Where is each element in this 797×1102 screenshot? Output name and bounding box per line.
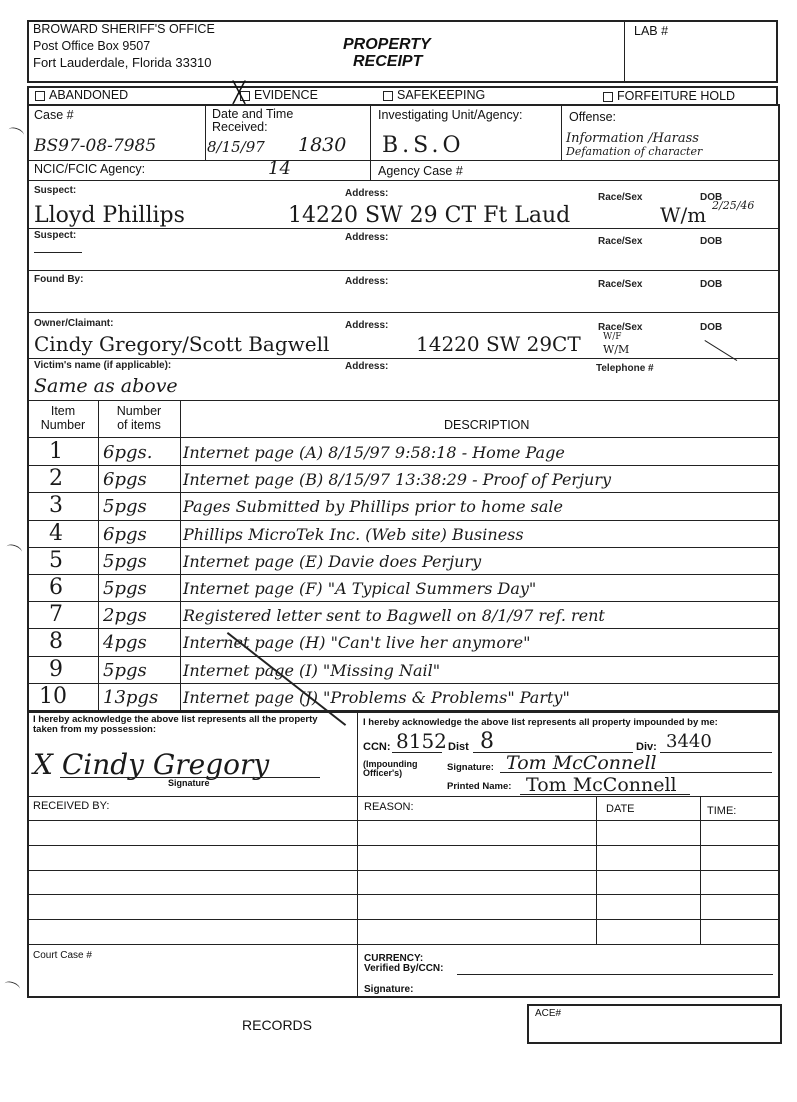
case-number-value[interactable]: BS97-08-7985 xyxy=(34,136,156,156)
item-number[interactable]: 3 xyxy=(49,493,63,518)
owner-label: Owner/Claimant: xyxy=(34,318,113,329)
found-by-race-sex-label: Race/Sex xyxy=(598,279,642,290)
currency-signature-label: Signature: xyxy=(364,984,413,995)
item-description[interactable]: Internet page (E) Davie does Perjury xyxy=(183,552,481,571)
verified-by-label: Verified By/CCN: xyxy=(364,963,443,974)
table-row: 46pgsPhillips MicroTek Inc. (Web site) B… xyxy=(27,523,780,550)
currency-signature-field[interactable] xyxy=(425,982,775,996)
victim-telephone-label: Telephone # xyxy=(596,363,654,374)
checkbox-abandoned[interactable]: ABANDONED xyxy=(35,88,128,102)
divider xyxy=(27,312,780,313)
lab-number-field[interactable] xyxy=(634,45,774,75)
custody-row xyxy=(27,820,780,845)
ccn-value[interactable]: 8152 xyxy=(396,729,447,753)
received-by-header: RECEIVED BY: xyxy=(33,800,109,812)
suspect1-label: Suspect: xyxy=(34,185,76,196)
item-count[interactable]: 5pgs xyxy=(103,551,147,572)
owner-race-sex-line2[interactable]: W/M xyxy=(603,343,629,356)
reason-cell[interactable] xyxy=(363,850,593,866)
received-by-cell[interactable] xyxy=(33,850,353,866)
found-by-label: Found By: xyxy=(34,274,83,285)
divider xyxy=(370,104,371,180)
printed-name-label: Printed Name: xyxy=(447,781,511,792)
ace-field[interactable] xyxy=(535,1020,775,1040)
reason-cell[interactable] xyxy=(363,825,593,841)
org-address-line2: Fort Lauderdale, Florida 33310 xyxy=(33,55,212,70)
divider xyxy=(561,104,562,160)
row-underline xyxy=(27,601,780,602)
checkbox-safekeeping[interactable]: SAFEKEEPING xyxy=(383,88,485,102)
offense-value-line1[interactable]: Information /Harass xyxy=(566,131,699,146)
divider xyxy=(27,437,780,438)
time-cell[interactable] xyxy=(705,899,775,915)
time-cell[interactable] xyxy=(705,825,775,841)
row-underline xyxy=(27,683,780,684)
item-description[interactable]: Internet page (J) "Problems & Problems" … xyxy=(183,688,570,707)
court-case-label: Court Case # xyxy=(33,950,92,961)
col-header-item-number: ItemNumber xyxy=(30,404,96,432)
investigating-unit-label: Investigating Unit/Agency: xyxy=(378,108,523,122)
owner-dob-label: DOB xyxy=(700,322,722,333)
item-description[interactable]: Internet page (I) "Missing Nail" xyxy=(183,661,440,680)
received-by-cell[interactable] xyxy=(33,924,353,940)
suspect1-name[interactable]: Lloyd Phillips xyxy=(34,203,185,228)
org-name: BROWARD SHERIFF'S OFFICE xyxy=(33,22,215,36)
item-description[interactable]: Internet page (F) "A Typical Summers Day… xyxy=(183,579,536,598)
received-by-cell[interactable] xyxy=(33,825,353,841)
reason-cell[interactable] xyxy=(363,924,593,940)
divider xyxy=(27,160,780,161)
margin-pen-mark xyxy=(5,543,23,557)
custody-row xyxy=(27,894,780,919)
row-underline xyxy=(27,520,780,521)
item-count[interactable]: 5pgs xyxy=(103,496,147,517)
header-divider xyxy=(624,20,625,83)
item-number[interactable]: 7 xyxy=(49,602,63,627)
checkbox-forfeiture-hold[interactable]: FORFEITURE HOLD xyxy=(603,89,735,103)
row-underline xyxy=(27,628,780,629)
records-label: RECORDS xyxy=(242,1017,312,1033)
received-by-cell[interactable] xyxy=(33,899,353,915)
table-row: 16pgs.Internet page (A) 8/15/97 9:58:18 … xyxy=(27,441,780,468)
item-description[interactable]: Phillips MicroTek Inc. (Web site) Busine… xyxy=(183,525,524,544)
table-row: 55pgsInternet page (E) Davie does Perjur… xyxy=(27,550,780,577)
divider xyxy=(27,796,780,797)
ccn-line xyxy=(392,752,442,753)
impounding-label: (ImpoundingOfficer's) xyxy=(363,760,417,778)
table-row: 95pgsInternet page (I) "Missing Nail" xyxy=(27,659,780,686)
checkbox-icon xyxy=(383,91,393,101)
date-cell[interactable] xyxy=(601,825,697,841)
date-received-value[interactable]: 8/15/97 xyxy=(207,138,265,156)
offense-value-line2[interactable]: Defamation of character xyxy=(566,145,702,158)
custody-row xyxy=(27,870,780,895)
time-cell[interactable] xyxy=(705,850,775,866)
checkbox-icon xyxy=(35,91,45,101)
col-header-description: DESCRIPTION xyxy=(444,418,529,432)
row-underline xyxy=(27,492,780,493)
owner-address[interactable]: 14220 SW 29CT xyxy=(416,332,581,356)
divider xyxy=(205,104,206,160)
court-case-field[interactable] xyxy=(33,965,351,993)
table-row: 35pgsPages Submitted by Phillips prior t… xyxy=(27,495,780,522)
item-number[interactable]: 9 xyxy=(49,657,63,682)
time-header: TIME: xyxy=(707,805,736,817)
suspect1-address-label: Address: xyxy=(345,188,388,199)
table-row: 65pgsInternet page (F) "A Typical Summer… xyxy=(27,577,780,604)
divider xyxy=(27,711,780,713)
ccn-label: CCN: xyxy=(363,741,391,753)
item-number[interactable]: 2 xyxy=(49,466,63,491)
victim-name[interactable]: Same as above xyxy=(34,375,178,397)
suspect2-race-sex-label: Race/Sex xyxy=(598,236,642,247)
owner-signature-label: Signature xyxy=(168,778,210,788)
divider xyxy=(27,358,780,359)
item-count[interactable]: 6pgs xyxy=(103,469,147,490)
dist-label: Dist xyxy=(448,741,469,753)
row-underline xyxy=(27,656,780,657)
received-by-cell[interactable] xyxy=(33,875,353,891)
item-number[interactable]: 8 xyxy=(49,629,63,654)
item-count[interactable]: 13pgs xyxy=(103,687,158,708)
margin-pen-mark xyxy=(7,126,25,140)
table-row: 72pgsRegistered letter sent to Bagwell o… xyxy=(27,604,780,631)
date-cell[interactable] xyxy=(601,899,697,915)
suspect1-race-sex[interactable]: W/m xyxy=(660,203,706,227)
item-description[interactable]: Internet page (B) 8/15/97 13:38:29 - Pro… xyxy=(183,470,611,489)
suspect2-address-label: Address: xyxy=(345,232,388,243)
ncic-agency-value[interactable]: 14 xyxy=(268,158,291,179)
officer-signature-line xyxy=(500,772,772,773)
item-description[interactable]: Pages Submitted by Phillips prior to hom… xyxy=(183,497,563,516)
checkbox-icon xyxy=(603,92,613,102)
date-cell[interactable] xyxy=(601,850,697,866)
suspect1-address[interactable]: 14220 SW 29 CT Ft Laud xyxy=(288,203,570,228)
owner-ack-text: I hereby acknowledge the above list repr… xyxy=(33,715,333,735)
owner-name[interactable]: Cindy Gregory/Scott Bagwell xyxy=(34,332,329,356)
reason-cell[interactable] xyxy=(363,875,593,891)
item-count[interactable]: 6pgs xyxy=(103,524,147,545)
divider xyxy=(27,944,780,945)
found-by-address-label: Address: xyxy=(345,276,388,287)
owner-address-label: Address: xyxy=(345,320,388,331)
date-time-label: Date and Time Received: xyxy=(212,108,322,134)
time-cell[interactable] xyxy=(705,924,775,940)
item-number[interactable]: 10 xyxy=(39,684,67,709)
form-title-line2: RECEIPT xyxy=(353,53,422,71)
date-cell[interactable] xyxy=(601,924,697,940)
suspect2-name-dash[interactable] xyxy=(34,252,82,253)
divider xyxy=(27,270,780,271)
table-row: 84pgsInternet page (H) "Can't live her a… xyxy=(27,631,780,658)
ncic-agency-label: NCIC/FCIC Agency: xyxy=(34,162,145,176)
item-count[interactable]: 6pgs. xyxy=(103,442,152,463)
custody-row xyxy=(27,845,780,870)
time-received-value[interactable]: 1830 xyxy=(298,134,346,156)
owner-race-sex-line1[interactable]: W/F xyxy=(603,332,622,342)
item-count[interactable]: 2pgs xyxy=(103,605,147,626)
item-count[interactable]: 4pgs xyxy=(103,632,147,653)
row-underline xyxy=(27,465,780,466)
verified-by-field[interactable] xyxy=(457,974,773,975)
item-description[interactable]: Registered letter sent to Bagwell on 8/1… xyxy=(183,606,605,625)
officer-signature-label: Signature: xyxy=(447,762,494,773)
item-count[interactable]: 5pgs xyxy=(103,578,147,599)
item-description[interactable]: Internet page (H) "Can't live her anymor… xyxy=(183,633,530,652)
item-number[interactable]: 1 xyxy=(49,439,63,464)
lab-number-label: LAB # xyxy=(634,24,668,38)
officer-signature-value[interactable]: Tom McConnell xyxy=(506,752,657,774)
offense-label: Offense: xyxy=(569,110,616,124)
item-number[interactable]: 4 xyxy=(49,521,63,546)
suspect1-race-sex-label: Race/Sex xyxy=(598,192,642,203)
officer-ack-text: I hereby acknowledge the above list repr… xyxy=(363,717,718,728)
found-by-dob-label: DOB xyxy=(700,279,722,290)
date-cell[interactable] xyxy=(601,875,697,891)
investigating-unit-value[interactable]: B.S.O xyxy=(382,133,464,158)
printed-name-line xyxy=(520,794,690,795)
org-address-line1: Post Office Box 9507 xyxy=(33,39,150,53)
suspect1-dob[interactable]: 2/25/46 xyxy=(712,199,754,212)
ace-label: ACE# xyxy=(535,1008,561,1019)
dist-value[interactable]: 8 xyxy=(480,729,494,754)
victim-address-label: Address: xyxy=(345,361,388,372)
table-row: 26pgsInternet page (B) 8/15/97 13:38:29 … xyxy=(27,468,780,495)
agency-case-label: Agency Case # xyxy=(378,164,463,178)
item-number[interactable]: 5 xyxy=(49,548,63,573)
divider xyxy=(27,228,780,229)
case-number-label: Case # xyxy=(34,108,74,122)
custody-row xyxy=(27,919,780,944)
reason-cell[interactable] xyxy=(363,899,593,915)
form-title-line1: PROPERTY xyxy=(343,36,431,54)
divider xyxy=(27,180,780,181)
checkbox-evidence[interactable]: ╳EVIDENCE xyxy=(240,88,318,102)
time-cell[interactable] xyxy=(705,875,775,891)
date-header: DATE xyxy=(606,803,635,815)
margin-pen-mark xyxy=(3,980,21,994)
col-header-number-of-items: Numberof items xyxy=(100,404,178,432)
suspect2-dob-label: DOB xyxy=(700,236,722,247)
reason-header: REASON: xyxy=(364,801,414,813)
row-underline xyxy=(27,574,780,575)
row-underline xyxy=(27,547,780,548)
item-description[interactable]: Internet page (A) 8/15/97 9:58:18 - Home… xyxy=(183,443,565,462)
item-count[interactable]: 5pgs xyxy=(103,660,147,681)
table-row: 1013pgsInternet page (J) "Problems & Pro… xyxy=(27,686,780,713)
printed-name-value[interactable]: Tom McConnell xyxy=(526,774,677,796)
checkbox-checked-icon: ╳ xyxy=(240,91,250,101)
item-number[interactable]: 6 xyxy=(49,575,63,600)
suspect2-label: Suspect: xyxy=(34,230,76,241)
div-value[interactable]: 3440 xyxy=(666,731,712,752)
divider xyxy=(27,400,780,401)
div-line xyxy=(660,752,772,753)
victim-label: Victim's name (if applicable): xyxy=(34,360,171,371)
